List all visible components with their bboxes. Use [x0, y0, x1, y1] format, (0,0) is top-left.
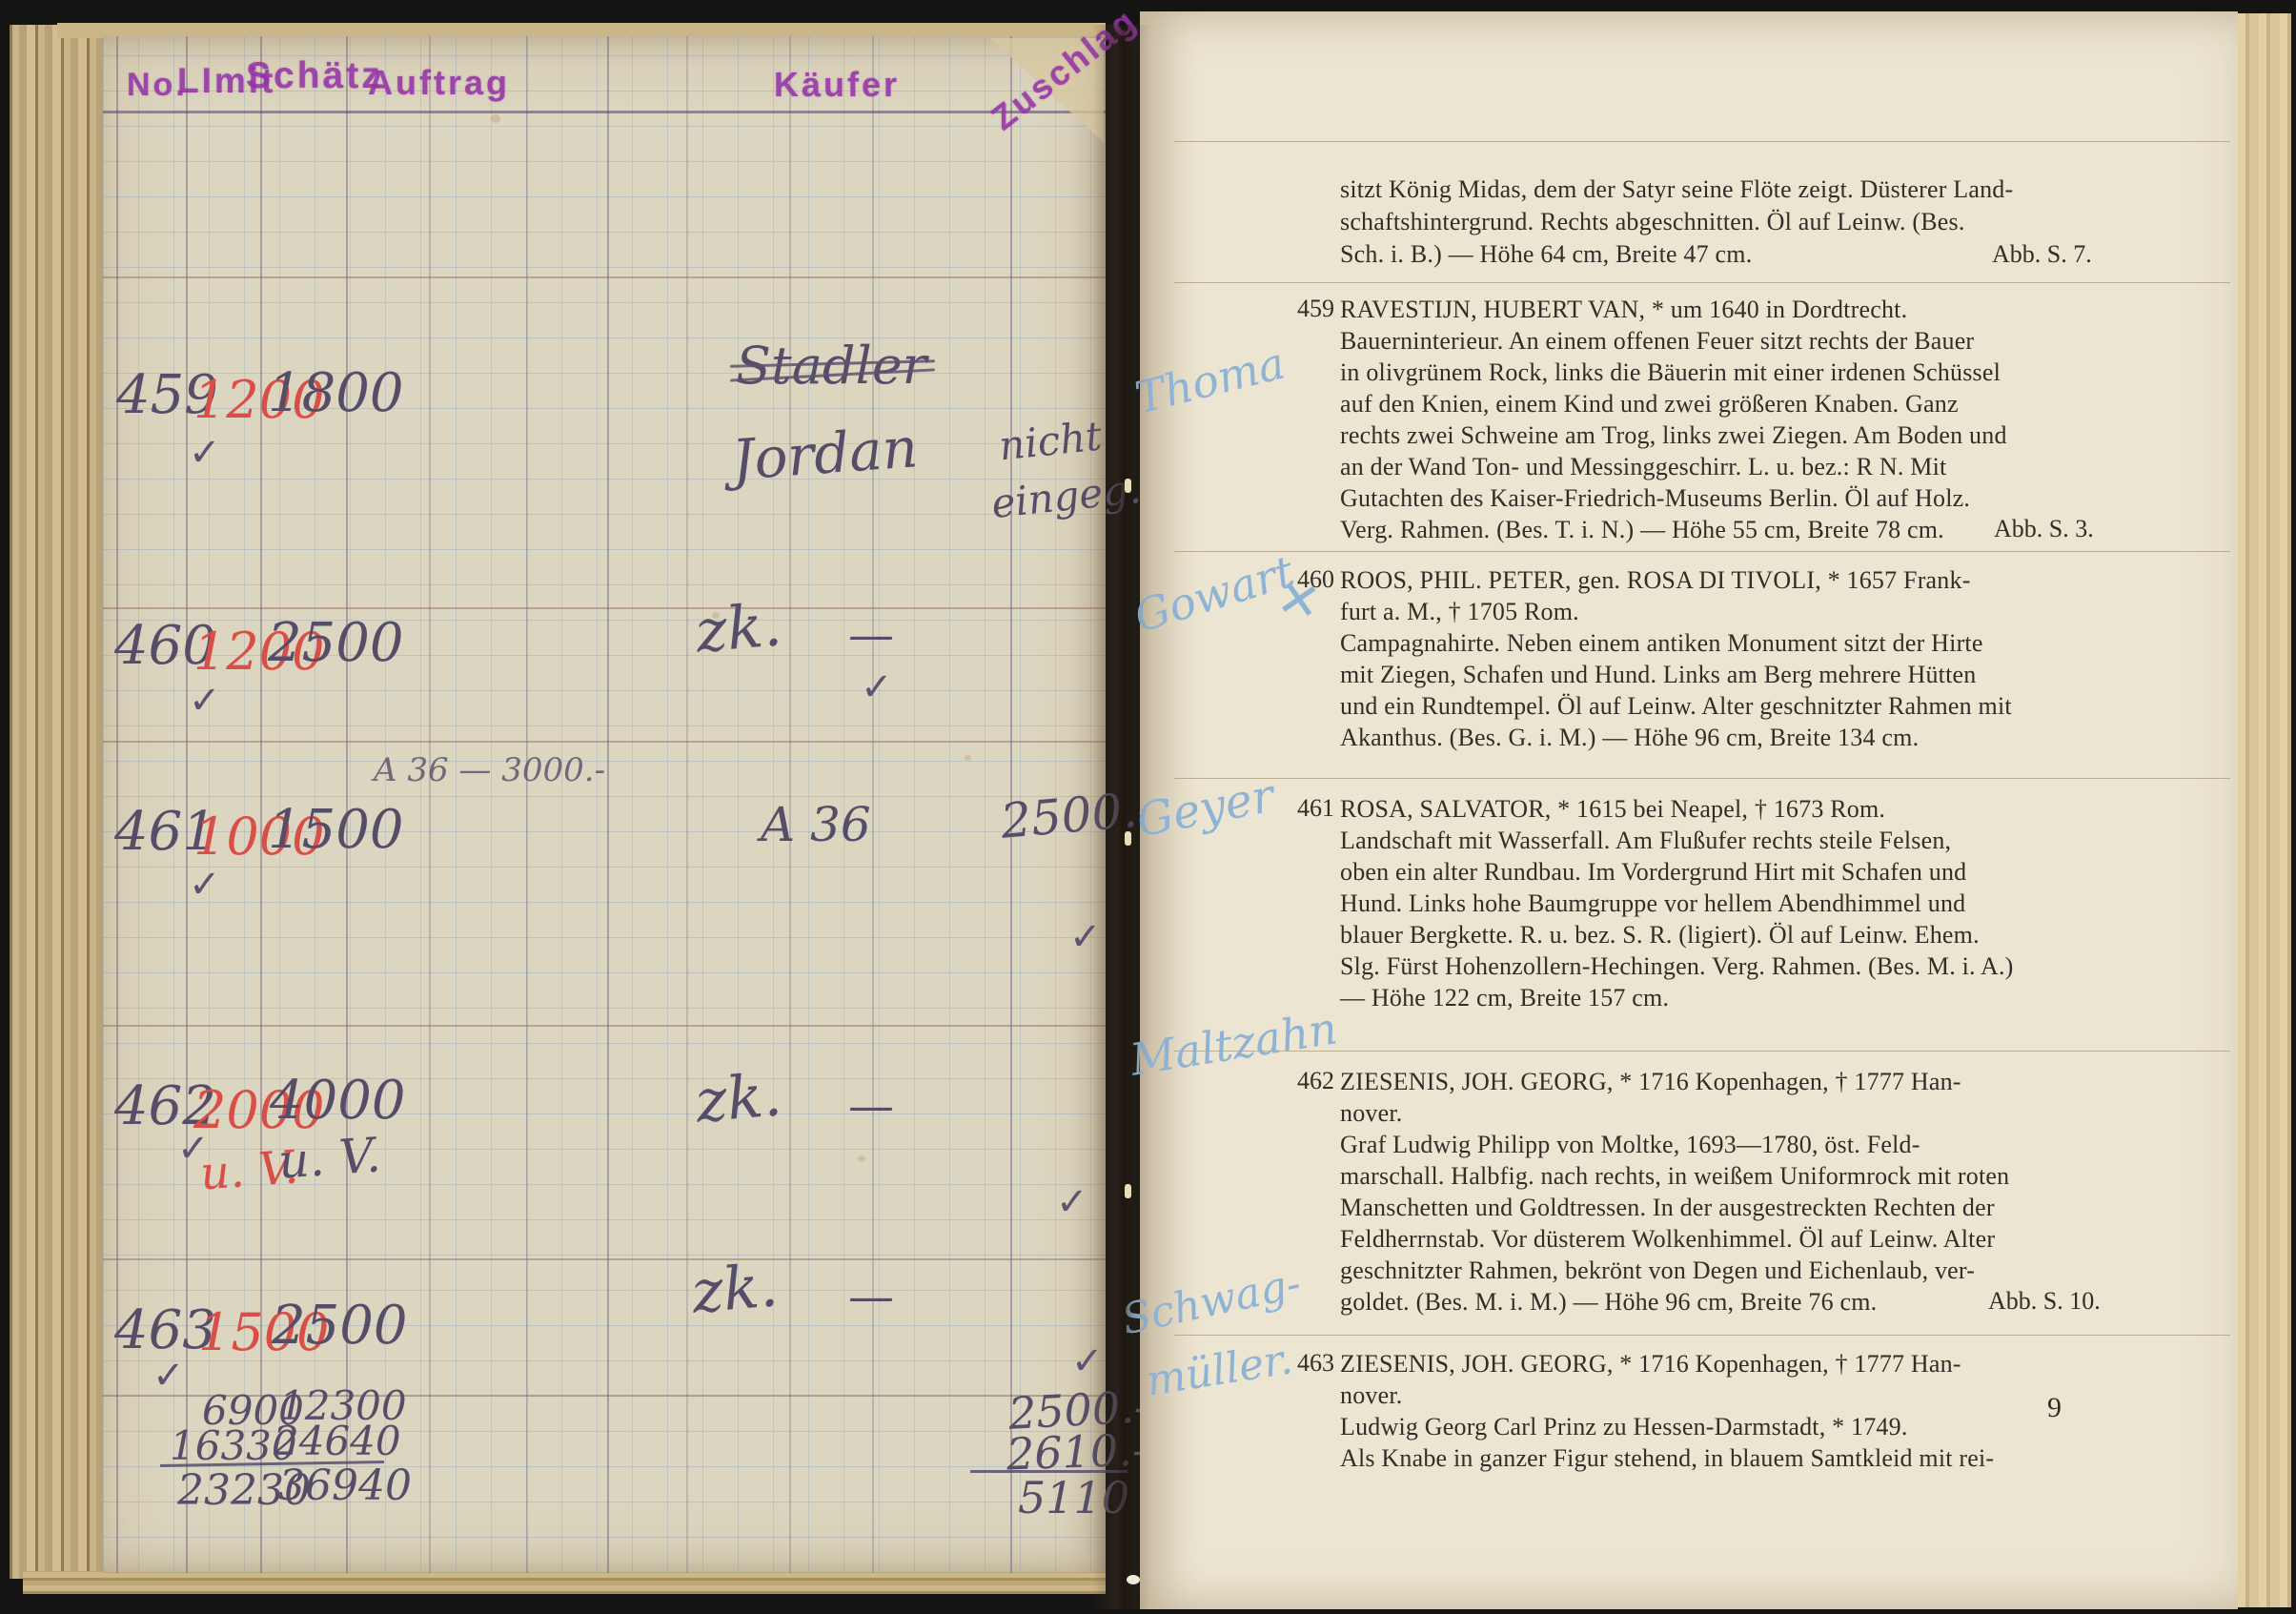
catalog-entry-number-462: 462 — [1283, 1067, 1334, 1095]
buyer-462: zk. — [693, 1059, 784, 1136]
catalog-entry-text-462: ZIESENIS, JOH. GEORG, * 1716 Kopenhagen,… — [1340, 1066, 2131, 1318]
column-header-kaeufer: Käufer — [774, 65, 900, 105]
ledger-column-rule — [526, 36, 528, 1573]
ledger-row-separator — [103, 276, 1106, 278]
ledger-column-rule — [872, 36, 874, 1573]
buyer-463: zk. — [689, 1250, 781, 1327]
ledger-row-separator — [103, 1258, 1106, 1260]
pencil-note-461: A 36 — 3000.- — [374, 751, 605, 789]
entry-separator — [1174, 141, 2230, 142]
schaetz-462: 4000 — [270, 1070, 406, 1132]
zuschlag-dash-462: — — [848, 1079, 894, 1133]
catalog-entry-text-461: ROSA, SALVATOR, * 1615 bei Neapel, † 167… — [1340, 793, 2131, 1013]
schaetz-459: 1800 — [268, 362, 404, 424]
checkmark: ✓ — [1056, 1180, 1088, 1224]
schaetz-461: 1500 — [268, 799, 404, 861]
binding-stitch — [1125, 1184, 1131, 1198]
catalog-entry-text-460: ROOS, PHIL. PETER, gen. ROSA DI TIVOLI, … — [1340, 564, 2131, 753]
ledger-column-rule — [607, 36, 609, 1573]
buyer-460: zk. — [693, 589, 784, 666]
schaetz-subtotal-2: 24640 — [274, 1418, 401, 1464]
entry-separator — [1174, 1335, 2230, 1336]
buyer-459: Jordan — [730, 415, 920, 492]
catalog-continuation-abb: Abb. S. 7. — [1992, 240, 2092, 269]
foxing-spot — [491, 114, 500, 123]
zuschlag-dash-460: — — [848, 608, 894, 662]
auction-ledger-book-spread: No. LImit Schätz Auftrag Käufer Zuschlag… — [0, 0, 2296, 1614]
ledger-header-underline — [103, 111, 1106, 113]
checkmark: ✓ — [189, 431, 221, 475]
page-number: 9 — [2047, 1392, 2062, 1424]
entry-separator — [1174, 551, 2230, 552]
entry-separator — [1174, 282, 2230, 283]
left-page-stack-edge — [10, 25, 103, 1579]
ledger-column-rule — [429, 36, 431, 1573]
column-header-auftrag: Auftrag — [368, 63, 510, 103]
ledger-row-separator — [103, 1025, 1106, 1027]
binding-stitch — [1125, 479, 1131, 493]
schaetz-463: 2500 — [272, 1295, 408, 1357]
book-gutter-shadow — [1092, 25, 1151, 1609]
buyer-struck-459: Stadler — [736, 336, 927, 396]
binding-stitch — [1125, 831, 1131, 846]
schaetz-total: 36940 — [278, 1461, 412, 1510]
buyer-461: A 36 — [761, 797, 871, 852]
paper-speck — [1127, 1575, 1140, 1584]
left-page-bottom-edge — [23, 1571, 1106, 1594]
catalog-entry-text-463: ZIESENIS, JOH. GEORG, * 1716 Kopenhagen,… — [1340, 1348, 2131, 1474]
checkmark: ✓ — [861, 665, 893, 709]
catalog-entry-text-459: RAVESTIJN, HUBERT VAN, * um 1640 in Dord… — [1340, 294, 2131, 545]
ledger-row-separator — [103, 741, 1106, 743]
catalog-entry-number-459: 459 — [1283, 295, 1334, 323]
catalog-entry-number-461: 461 — [1283, 794, 1334, 823]
foxing-spot — [858, 1155, 865, 1162]
ledger-row-separator — [103, 607, 1106, 609]
foxing-spot — [965, 755, 971, 761]
catalog-entry-abb-459: Abb. S. 3. — [1994, 515, 2094, 543]
column-header-schaetz: Schätz — [246, 55, 383, 97]
schaetz-note-462: u. V. — [276, 1127, 382, 1189]
checkmark: ✓ — [189, 863, 221, 907]
catalog-entry-abb-462: Abb. S. 10. — [1988, 1287, 2101, 1316]
right-page-stack-edge — [2238, 13, 2291, 1607]
checkmark: ✓ — [152, 1354, 185, 1398]
ledger-column-rule — [686, 36, 688, 1573]
entry-separator — [1174, 778, 2230, 779]
zuschlag-dash-463: — — [848, 1270, 894, 1323]
schaetz-460: 2500 — [268, 612, 404, 674]
checkmark: ✓ — [189, 679, 221, 723]
